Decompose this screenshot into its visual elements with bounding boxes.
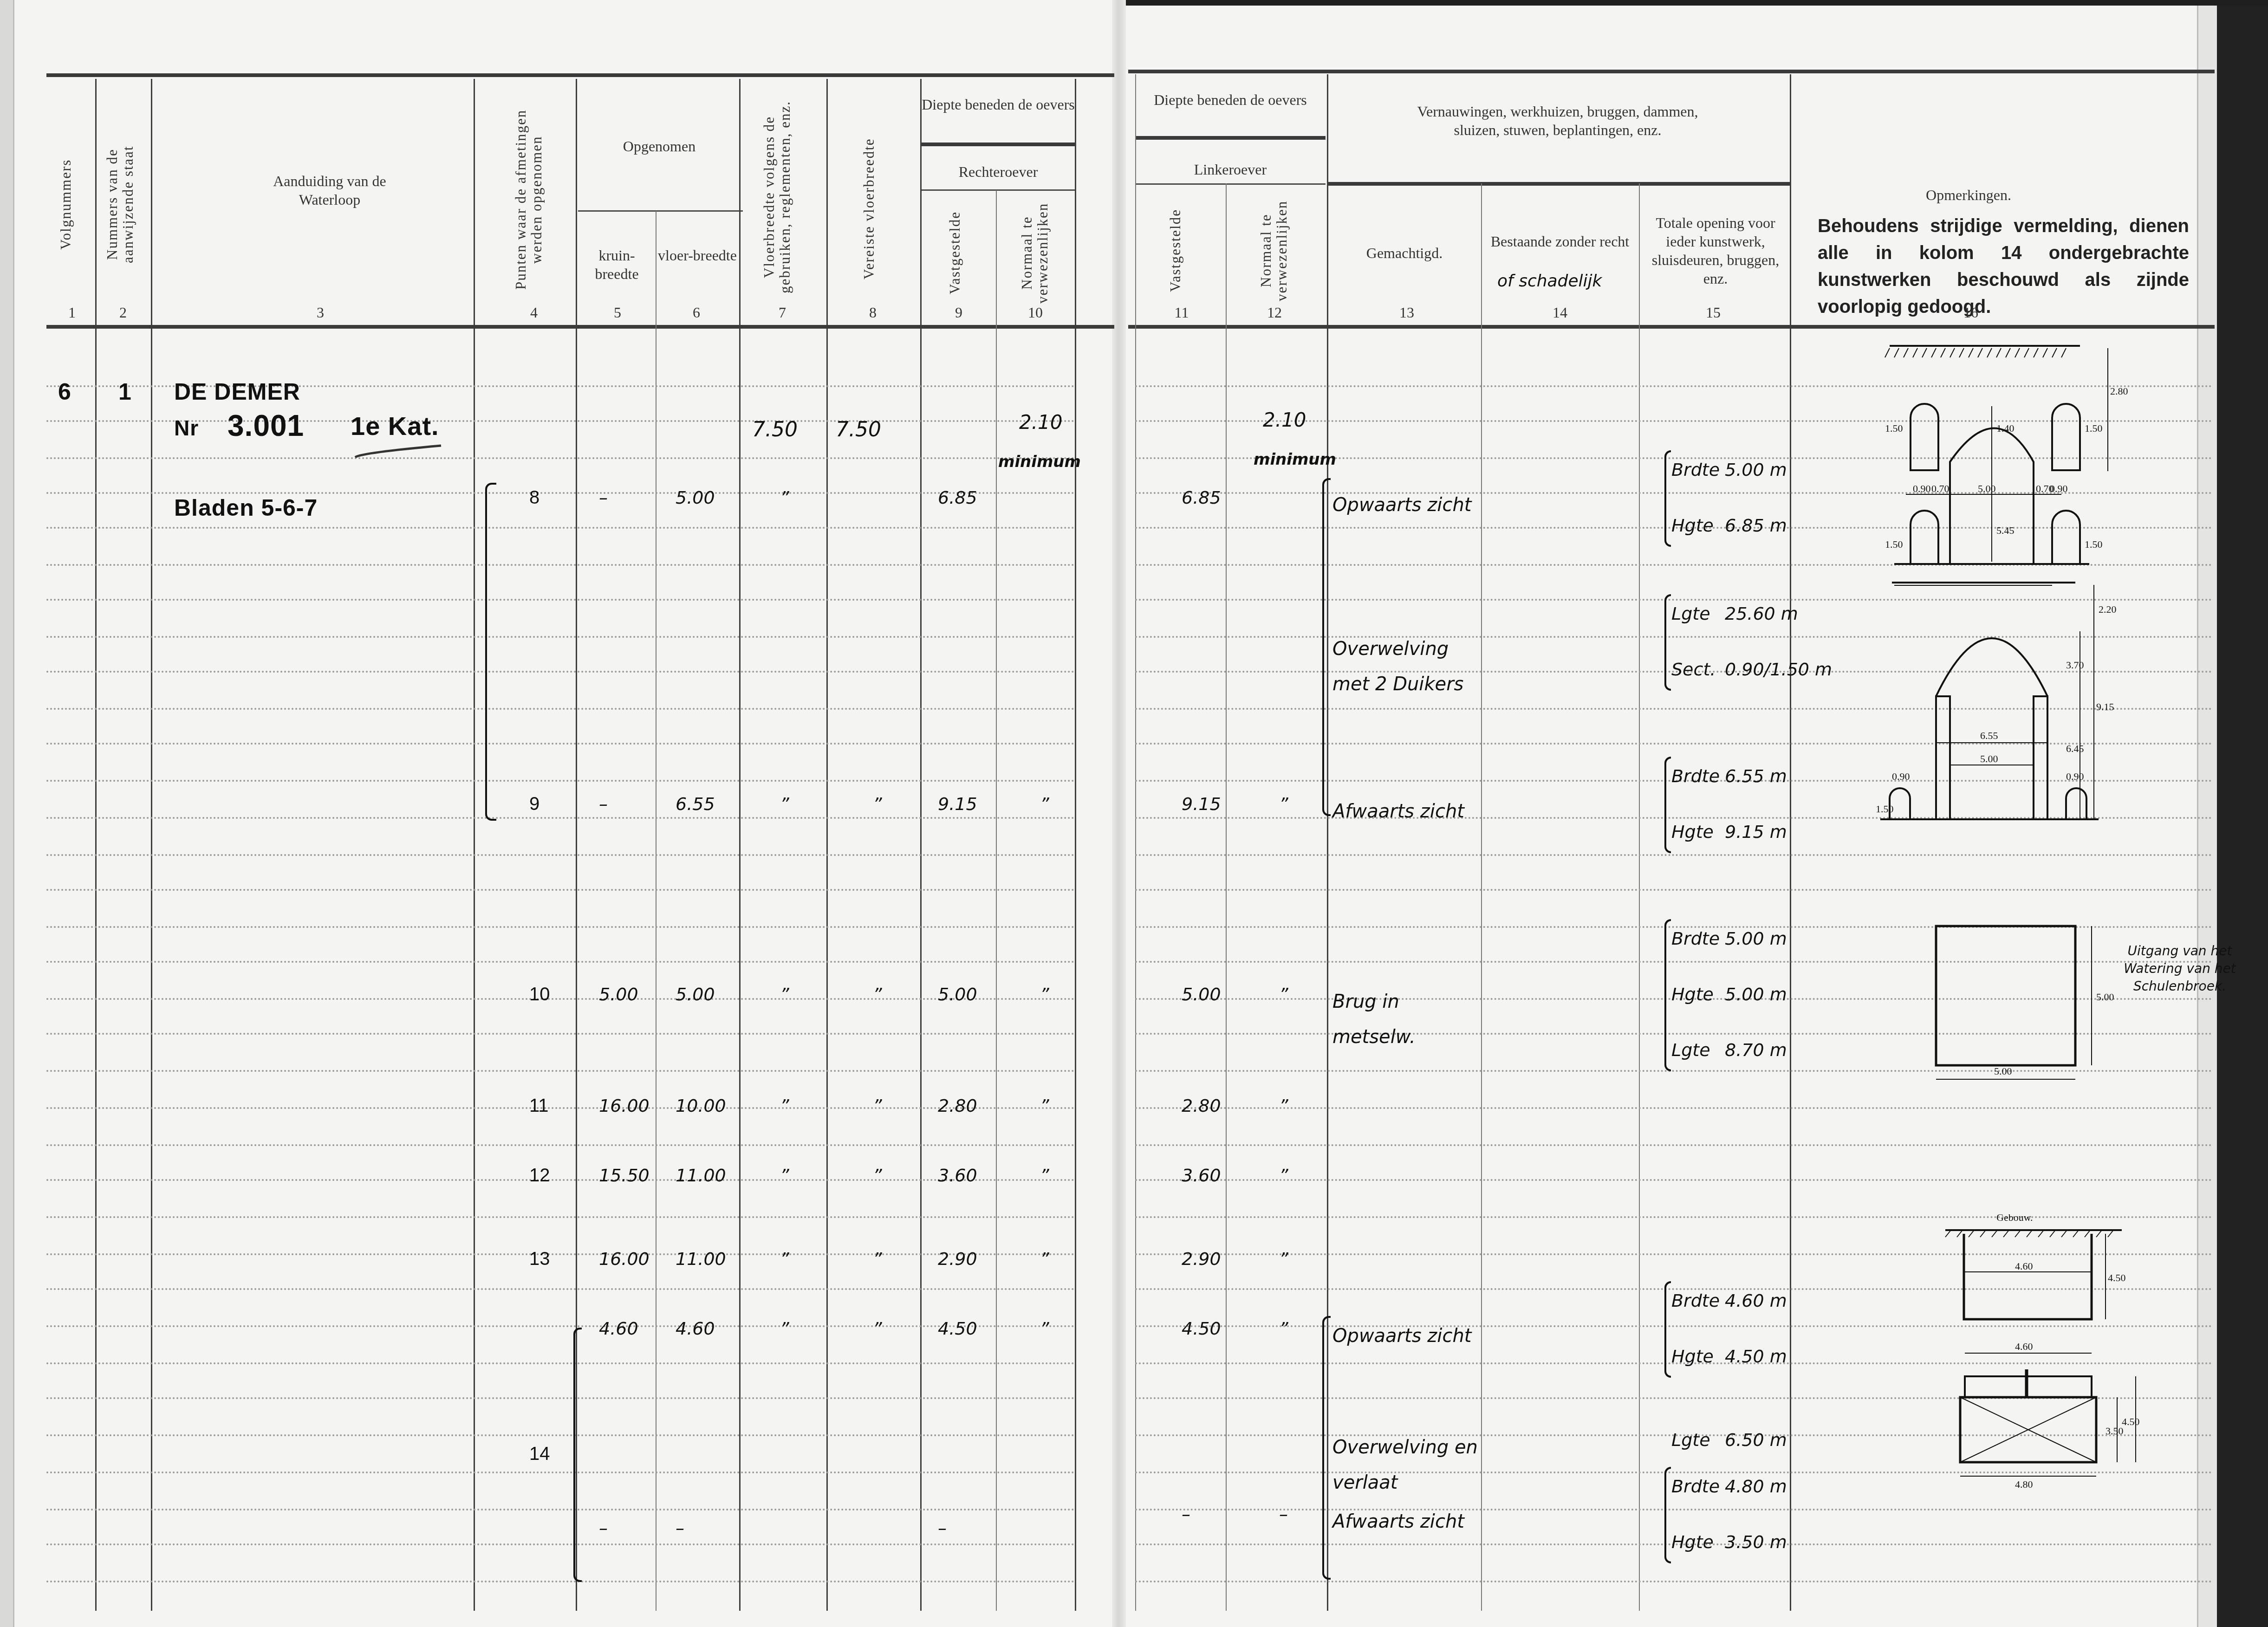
cell-punt: 14 [529, 1444, 550, 1465]
ruled-line [46, 926, 1075, 928]
col-divider [739, 79, 741, 1611]
column-number: 8 [854, 304, 891, 321]
header-punten: Punten waar de afmetingen werden opgenom… [513, 93, 550, 306]
linkeroever-normaal-note: minimum [1254, 450, 1336, 469]
opening-label: Brdte [1671, 1476, 1720, 1497]
opening-bracket [1664, 919, 1671, 1071]
cell-vast: 5.00 [1182, 984, 1221, 1005]
svg-text:0.90: 0.90 [1913, 483, 1931, 494]
ruled-line [46, 457, 1075, 459]
svg-text:2.80: 2.80 [2110, 385, 2128, 397]
header-opmerkingen: Opmerkingen. [1852, 186, 2085, 204]
opening-label: Lgte [1671, 1040, 1710, 1060]
cell-vast: 2.80 [938, 1095, 977, 1116]
svg-text:1.50: 1.50 [1885, 422, 1903, 434]
header-linkeroever: Linkeroever [1135, 160, 1326, 179]
cell-punt: 8 [529, 487, 539, 508]
col-divider [1135, 74, 1136, 1611]
col-divider [1226, 183, 1227, 1611]
cell-kruin: – [599, 794, 608, 814]
ruled-line [46, 420, 1075, 422]
cell-punt: 13 [529, 1249, 550, 1270]
header-schadelijk: of schadelijk [1497, 272, 1602, 291]
opening-label: Brdte [1671, 1290, 1720, 1311]
cell-vloer: 5.00 [676, 487, 715, 508]
sketch-downstream-vault: 2.20 3.70 9.15 6.45 6.55 5.00 0.90 0.90 … [1866, 585, 2210, 882]
bracket-desc-2 [1322, 1316, 1331, 1580]
book-spine [1112, 0, 1126, 1627]
cell-norm: ” [1279, 794, 1288, 814]
svg-text:0.90: 0.90 [2066, 771, 2084, 782]
opening-bracket [1664, 594, 1671, 691]
svg-text:5.00: 5.00 [1978, 483, 1996, 494]
cell-vast: 6.85 [1182, 487, 1221, 508]
cell-vast: 5.00 [938, 984, 977, 1005]
vernauwingen-rule [1328, 182, 1790, 186]
cell-vloer: 4.60 [676, 1318, 715, 1339]
ruled-line [46, 492, 1075, 494]
ruled-line [46, 1107, 1075, 1109]
cell-kruin: 16.00 [599, 1249, 650, 1269]
ruled-line [46, 1288, 1075, 1290]
cell-vast: 2.80 [1182, 1095, 1221, 1116]
bladen: Bladen 5-6-7 [174, 494, 318, 521]
bracket-rows-8-9 [485, 483, 496, 821]
ruled-line [46, 1216, 1075, 1218]
cell-c8: ” [873, 1165, 882, 1186]
svg-text:0.90: 0.90 [1892, 771, 1910, 782]
ruled-line [46, 743, 1075, 745]
ruled-line [46, 599, 1075, 601]
cell-norm: – [1279, 1504, 1288, 1524]
header-top-rule-r [1128, 70, 2215, 73]
cell-punt: 9 [529, 794, 539, 815]
ruled-line [46, 1581, 1075, 1582]
opening-bracket [1664, 1281, 1671, 1378]
cell-vloer: 11.00 [676, 1165, 726, 1186]
ruled-line [46, 817, 1075, 819]
svg-text:6.55: 6.55 [1980, 730, 1998, 741]
col-divider [151, 79, 152, 1611]
description: Overwelving en verlaat [1332, 1430, 1481, 1500]
svg-text:4.50: 4.50 [2108, 1272, 2126, 1283]
ruled-line [46, 998, 1075, 1000]
waterloop-name: DE DEMER [174, 378, 300, 405]
ruled-line [46, 564, 1075, 566]
svg-text:5.00: 5.00 [1994, 1065, 2012, 1077]
header-top-rule [46, 73, 1114, 77]
opening-value: 4.60 m [1725, 1290, 1787, 1311]
description: Brug in metselw. [1332, 984, 1481, 1055]
column-number: 13 [1388, 304, 1425, 321]
cell-kruin: – [599, 487, 608, 508]
cell-vloer: 6.55 [676, 794, 715, 814]
ruled-line [46, 671, 1075, 673]
cell-punt: 11 [529, 1095, 549, 1116]
left-page-edge [0, 0, 14, 1627]
svg-text:1.40: 1.40 [1996, 422, 2015, 434]
sketch-building-sluice: Gebouw. 4.60 4.50 4.60 4.80 3.50 4.50 [1931, 1202, 2140, 1606]
ruled-line [46, 1253, 1075, 1255]
svg-text:5.00: 5.00 [1980, 753, 1998, 765]
opening-value: 5.00 m [1725, 984, 1787, 1005]
description: Overwelving met 2 Duikers [1332, 631, 1481, 702]
bracket-desc-1 [1322, 478, 1331, 816]
cell-kruin: 5.00 [599, 984, 638, 1005]
cell-vast: 4.50 [1182, 1318, 1221, 1339]
opening-label: Brdte [1671, 460, 1720, 480]
cell-vloer: – [676, 1518, 684, 1538]
opening-value: 6.85 m [1725, 515, 1787, 536]
sketch-upstream-vault: 0.90 0.70 5.00 0.70 0.90 5.45 1.40 2.80 … [1866, 339, 2210, 599]
column-number: 7 [764, 304, 801, 321]
column-number: 14 [1541, 304, 1579, 321]
column-number: 3 [302, 304, 339, 321]
column-number: 2 [104, 304, 142, 321]
scan-background-top [1124, 0, 2268, 6]
opening-label: Hgte [1671, 1346, 1714, 1367]
ruled-line [46, 1397, 1075, 1399]
header-vastgestelde-l: Vastgestelde [1168, 195, 1191, 306]
col-divider [920, 79, 922, 1611]
cell-norm: ” [1279, 1095, 1288, 1116]
cell-vast: 9.15 [1182, 794, 1221, 814]
opening-label: Lgte [1671, 603, 1710, 624]
column-number: 16 [1952, 304, 1989, 321]
header-opgenomen: Opgenomen [578, 137, 741, 156]
column-number: 11 [1163, 304, 1200, 321]
cell-norm: ” [1040, 1095, 1049, 1116]
header-diepte-right: Diepte beneden de oevers [1135, 91, 1326, 109]
ruled-line [46, 1434, 1075, 1436]
cell-vast: 6.85 [938, 487, 977, 508]
rechteroever-normaal-note: minimum [998, 453, 1081, 471]
opening-value: 0.90/1.50 m [1725, 659, 1832, 680]
header-aanduiding: Aanduiding van de Waterloop [260, 172, 399, 209]
cell-c7: ” [780, 487, 789, 508]
rechteroever-normaal: 2.10 [1019, 411, 1063, 434]
diepte-rule-r [1135, 136, 1326, 140]
cell-vast: – [938, 1518, 947, 1538]
column-number: 1 [58, 304, 86, 321]
column-number: 10 [1017, 304, 1054, 321]
cell-c7: ” [780, 1095, 789, 1116]
category: 1e Kat. [351, 411, 439, 441]
ruled-line [46, 1325, 1075, 1327]
header-bottom-rule [46, 325, 1114, 329]
opening-value: 4.50 m [1725, 1346, 1787, 1367]
svg-text:6.45: 6.45 [2066, 743, 2084, 754]
svg-text:4.60: 4.60 [2015, 1260, 2033, 1272]
col-divider [826, 79, 828, 1611]
column-number: 5 [599, 304, 636, 321]
opening-value: 4.80 m [1725, 1476, 1787, 1497]
header-vernauwingen: Vernauwingen, werkhuizen, bruggen, damme… [1411, 102, 1704, 139]
opening-value: 6.55 m [1725, 766, 1787, 786]
ruled-line [46, 1471, 1075, 1473]
volgnummer: 6 [58, 378, 71, 405]
header-gemachtigd: Gemachtigd. [1328, 244, 1481, 262]
cell-vast: 2.90 [1182, 1249, 1221, 1269]
diepte-rule-l [922, 143, 1075, 146]
cell-c8: ” [873, 794, 882, 814]
col-divider [1075, 79, 1076, 1611]
description: Afwaarts zicht [1332, 794, 1481, 829]
cell-vloer: 10.00 [676, 1095, 726, 1116]
cell-vloer: 5.00 [676, 984, 715, 1005]
svg-text:0.70: 0.70 [1931, 483, 1950, 494]
cell-punt: 12 [529, 1165, 550, 1186]
vereiste-vloerbreedte: 7.50 [836, 418, 881, 441]
svg-text:1.50: 1.50 [1876, 803, 1894, 815]
col-divider [1790, 74, 1791, 1611]
svg-text:4.60: 4.60 [2015, 1341, 2033, 1352]
opening-label: Hgte [1671, 1532, 1714, 1552]
cell-norm: ” [1040, 1165, 1049, 1186]
svg-text:3.50: 3.50 [2106, 1425, 2124, 1437]
cell-kruin: 4.60 [599, 1318, 638, 1339]
cell-norm: ” [1279, 1165, 1288, 1186]
cell-c8: ” [873, 1318, 882, 1339]
ruled-line [46, 889, 1075, 891]
cell-c8: ” [873, 1249, 882, 1269]
cell-c7: ” [780, 1249, 789, 1269]
opening-value: 9.15 m [1725, 822, 1787, 842]
header-vastgestelde-r: Vastgestelde [947, 200, 970, 306]
ruled-line [46, 780, 1075, 782]
ruled-line [1135, 889, 2212, 891]
cell-norm: ” [1040, 794, 1049, 814]
opening-value: 5.00 m [1725, 928, 1787, 949]
header-normaal-r: Normaal te verwezenlijken [1019, 200, 1056, 306]
cell-vast: 2.90 [938, 1249, 977, 1269]
ruled-line [46, 1543, 1075, 1545]
header-nummers-staat: Nummers van de aanwijzende staat [104, 107, 142, 302]
opening-label: Sect. [1671, 659, 1716, 680]
cell-norm: ” [1040, 984, 1049, 1005]
column-number: 4 [515, 304, 552, 321]
opening-value: 5.00 m [1725, 460, 1787, 480]
cell-kruin: 15.50 [599, 1165, 650, 1186]
rechteroever-rule [922, 189, 1075, 191]
underline-swoosh [353, 443, 446, 462]
cell-vast: 3.60 [938, 1165, 977, 1186]
ruled-line [46, 1509, 1075, 1510]
cell-punt: 10 [529, 984, 550, 1005]
column-number: 12 [1256, 304, 1293, 321]
ruled-line [46, 1362, 1075, 1364]
svg-text:4.50: 4.50 [2122, 1416, 2140, 1427]
cell-c8: ” [873, 1095, 882, 1116]
svg-text:5.45: 5.45 [1996, 525, 2015, 536]
opening-bracket [1664, 1467, 1671, 1563]
ruled-line [1135, 1107, 2212, 1109]
ruled-line [46, 636, 1075, 638]
header-bestaande: Bestaande zonder recht [1481, 232, 1639, 251]
scan-background [2217, 0, 2268, 1627]
opening-label: Brdte [1671, 928, 1720, 949]
svg-text:3.70: 3.70 [2066, 659, 2084, 671]
col-divider [1481, 183, 1482, 1611]
description: Opwaarts zicht [1332, 1318, 1481, 1354]
nr-prefix: Nr [174, 415, 199, 441]
staat-nummer: 1 [118, 378, 132, 405]
header-normaal-l: Normaal te verwezenlijken [1258, 195, 1295, 306]
column-number: 9 [940, 304, 977, 321]
linkeroever-normaal: 2.10 [1263, 408, 1306, 431]
opening-value: 25.60 m [1725, 603, 1798, 624]
ruled-line [46, 854, 1075, 856]
header-kruinbreedte: kruin-breedte [578, 246, 656, 283]
cell-c8: ” [873, 984, 882, 1005]
svg-text:9.15: 9.15 [2096, 701, 2114, 713]
cell-c7: ” [780, 984, 789, 1005]
cell-c7: ” [780, 1165, 789, 1186]
opening-label: Brdte [1671, 766, 1720, 786]
column-number: 6 [678, 304, 715, 321]
ruled-line [1135, 1179, 2212, 1181]
ruled-line [46, 527, 1075, 529]
header-totale-opening: Totale opening voor ieder kunstwerk, slu… [1651, 214, 1781, 288]
cell-vast: 9.15 [938, 794, 977, 814]
svg-text:1.50: 1.50 [2085, 538, 2103, 550]
opgenomen-rule [578, 210, 743, 212]
svg-text:1.50: 1.50 [1885, 538, 1903, 550]
description: Afwaarts zicht [1332, 1504, 1481, 1539]
ruled-line [46, 708, 1075, 710]
header-bottom-rule-r [1128, 325, 2215, 329]
cell-c7: ” [780, 794, 789, 814]
cell-norm: ” [1279, 1318, 1288, 1339]
cell-norm: ” [1040, 1318, 1049, 1339]
svg-text:2.20: 2.20 [2099, 603, 2117, 615]
header-volgnummers: Volgnummers [58, 107, 86, 302]
cell-kruin: 16.00 [599, 1095, 650, 1116]
svg-text:4.80: 4.80 [2015, 1478, 2033, 1490]
svg-text:Gebouw.: Gebouw. [1996, 1212, 2033, 1223]
header-vereiste-vloerbreedte: Vereiste vloerbreedte [861, 111, 884, 306]
ruled-line [46, 961, 1075, 963]
cell-vast: 3.60 [1182, 1165, 1221, 1186]
cell-norm: ” [1040, 1249, 1049, 1269]
col-divider [1639, 183, 1640, 1611]
bridge-note: Uitgang van het Watering van het Schulen… [2110, 942, 2249, 995]
ruled-line [46, 1033, 1075, 1035]
cell-norm: ” [1279, 1249, 1288, 1269]
svg-text:1.50: 1.50 [2085, 422, 2103, 434]
opening-value: 6.50 m [1725, 1430, 1787, 1450]
col-divider [474, 79, 475, 1611]
ruled-line [46, 1144, 1075, 1146]
header-vloerbreedte: vloer-breedte [656, 246, 739, 265]
opening-bracket [1664, 757, 1671, 853]
header-diepte-left: Diepte beneden de oevers [922, 95, 1075, 114]
ledger-spread: Volgnummers Nummers van de aanwijzende s… [0, 0, 2268, 1627]
opening-label: Hgte [1671, 822, 1714, 842]
cell-kruin: – [599, 1518, 608, 1538]
vloerbreedte-reglement: 7.50 [752, 418, 798, 441]
opmerkingen-note: Behoudens strijdige vermelding, dienen a… [1818, 213, 2189, 320]
cell-vast: 4.50 [938, 1318, 977, 1339]
cell-vloer: 11.00 [676, 1249, 726, 1269]
description: Opwaarts zicht [1332, 487, 1481, 523]
ruled-line [46, 1179, 1075, 1181]
cell-vast: – [1182, 1504, 1190, 1524]
linkeroever-rule [1135, 183, 1326, 185]
cell-c7: ” [780, 1318, 789, 1339]
opening-bracket [1664, 450, 1671, 547]
ruled-line [1135, 1144, 2212, 1146]
header-vloerbreedte-reglement: Vloerbreedte volgens de gebruiken, regle… [761, 88, 803, 306]
sketch-bridge-square: 5.00 5.00 Uitgang van het Watering van h… [1927, 914, 2252, 1091]
col-divider [95, 79, 97, 1611]
opening-label: Hgte [1671, 984, 1714, 1005]
svg-text:0.90: 0.90 [2050, 483, 2068, 494]
nr-value: 3.001 [227, 408, 304, 443]
header-rechteroever: Rechteroever [922, 162, 1075, 181]
ruled-line [46, 1070, 1075, 1072]
cell-norm: ” [1279, 984, 1288, 1005]
opening-value: 8.70 m [1725, 1040, 1787, 1060]
opening-label: Lgte [1671, 1430, 1710, 1450]
bracket-row-14 [573, 1328, 582, 1582]
opening-value: 3.50 m [1725, 1532, 1787, 1552]
column-number: 15 [1695, 304, 1732, 321]
opening-label: Hgte [1671, 515, 1714, 536]
